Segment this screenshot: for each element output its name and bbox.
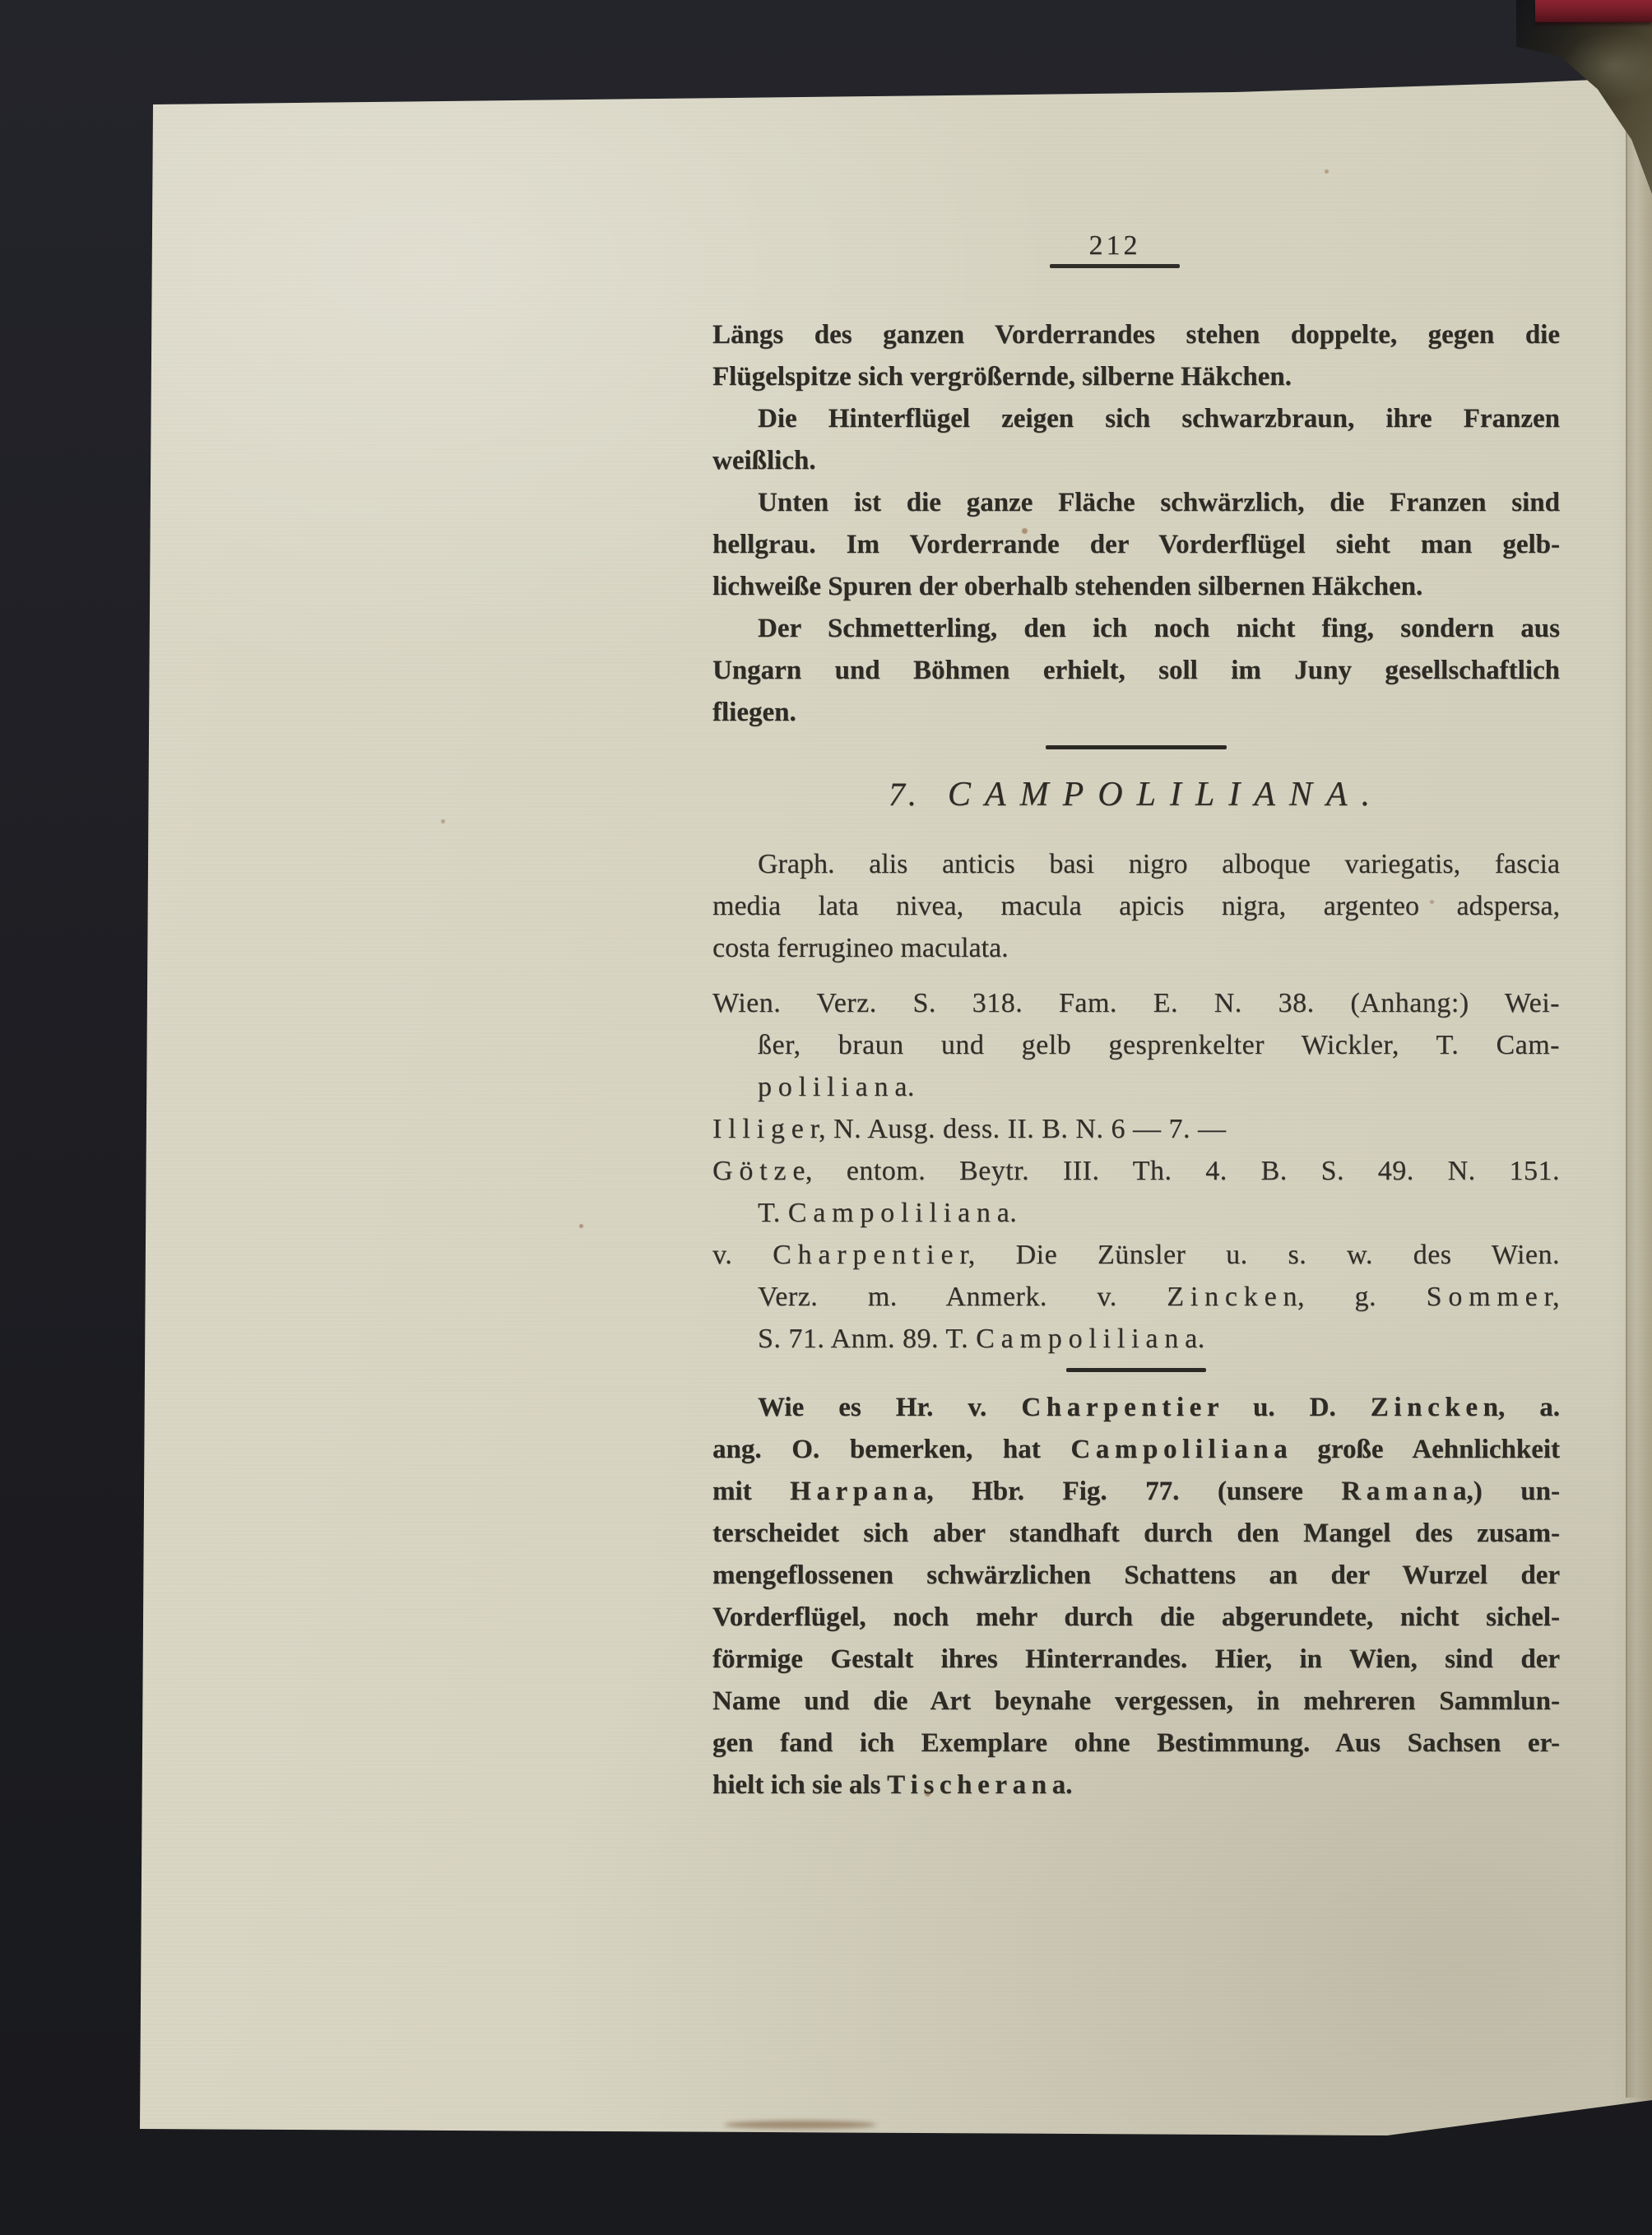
text-line: v. C h a r p e n t i e r, Die Zünsler u.… [712,1234,1560,1276]
text-line: Name und die Art beynahe vergessen, in m… [712,1681,1560,1723]
text-line: I l l i g e r, N. Ausg. dess. II. B. N. … [712,1108,1560,1150]
text-line: hielt ich sie als T i s c h e r a n a. [712,1764,1560,1806]
running-head: 212 [1045,230,1185,268]
text-column: Längs des ganzen Vorderrandes stehen dop… [712,314,1560,1806]
text-line: Der Schmetterling, den ich noch nicht fi… [712,608,1560,650]
section-divider [1046,745,1227,749]
page-edge-fold [1626,90,1652,2098]
text-line: Verz. m. Anmerk. v. Z i n c k e n, g. S … [712,1276,1560,1318]
text-line: Flügelspitze sich vergrößernde, silberne… [712,356,1560,398]
text-line: Vorderflügel, noch mehr durch die abgeru… [712,1597,1560,1639]
text-line: Unten ist die ganze Fläche schwärzlich, … [712,482,1560,524]
page-number-underline [1050,264,1180,268]
text-line: mengeflossenen schwärzlichen Schattens a… [712,1555,1560,1597]
text-line: förmige Gestalt ihres Hinterrandes. Hier… [712,1639,1560,1681]
scan-background: 212 Längs des ganzen Vorderrandes stehen… [0,0,1652,2235]
text-line: p o l i l i a n a. [712,1066,1560,1108]
text-line: lichweiße Spuren der oberhalb stehenden … [712,566,1560,608]
text-line: Wie es Hr. v. C h a r p e n t i e r u. D… [712,1387,1560,1429]
text-line: gen fand ich Exemplare ohne Bestimmung. … [712,1723,1560,1764]
paper-specks [0,0,4,4]
text-line: ßer, braun und gelb gesprenkelter Wickle… [712,1024,1560,1066]
text-line: Graph. alis anticis basi nigro alboque v… [712,843,1560,885]
text-line: costa ferrugineo maculata. [712,927,1560,969]
text-line: mit H a r p a n a, Hbr. Fig. 77. (unsere… [712,1471,1560,1513]
text-line: Ungarn und Böhmen erhielt, soll im Juny … [712,650,1560,692]
text-line: weißlich. [712,440,1560,482]
paper-smudge [724,2121,876,2129]
text-line: S. 71. Anm. 89. T. C a m p o l i l i a n… [712,1318,1560,1360]
page-number: 212 [1045,230,1185,262]
text-line: T. C a m p o l i l i a n a. [712,1192,1560,1234]
text-line: hellgrau. Im Vorderrande der Vorderflüge… [712,524,1560,566]
text-line: G ö t z e, entom. Beytr. III. Th. 4. B. … [712,1150,1560,1192]
species-name: CAMPOLILIANA. [948,776,1384,814]
species-heading: 7.CAMPOLILIANA. [712,771,1560,818]
text-line: media lata nivea, macula apicis nigra, a… [712,885,1560,927]
text-line: Die Hinterflügel zeigen sich schwarzbrau… [712,398,1560,440]
text-line: fliegen. [712,692,1560,734]
headband [1535,0,1652,22]
text-line: Längs des ganzen Vorderrandes stehen dop… [712,314,1560,356]
text-line: ang. O. bemerken, hat C a m p o l i l i … [712,1429,1560,1471]
section-divider [1066,1368,1206,1372]
species-number: 7. [889,776,920,813]
text-line: terscheidet sich aber standhaft durch de… [712,1513,1560,1555]
text-line: Wien. Verz. S. 318. Fam. E. N. 38. (Anha… [712,982,1560,1024]
